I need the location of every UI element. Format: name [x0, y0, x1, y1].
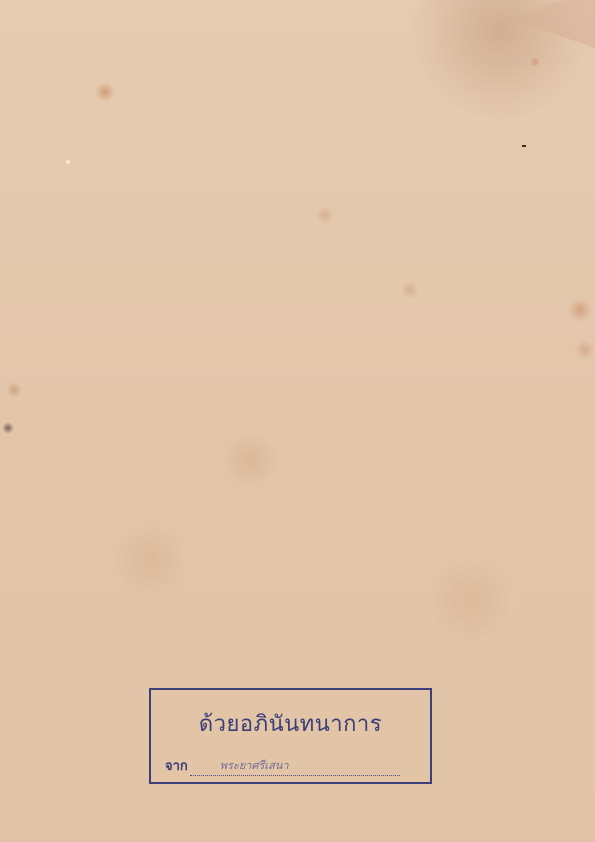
stamp-from-line: พระยาศรีเสนา [190, 757, 400, 776]
ink-mark [522, 145, 526, 147]
stamp-from-label: จาก [165, 755, 188, 776]
stamp-from-row: จาก พระยาศรีเสนา [165, 756, 400, 776]
scanned-page: ด้วยอภินันทนาการ จาก พระยาศรีเสนา [0, 0, 595, 842]
paper-speck [66, 160, 70, 164]
gift-stamp: ด้วยอภินันทนาการ จาก พระยาศรีเสนา [149, 688, 432, 784]
stamp-from-handwritten: พระยาศรีเสนา [220, 756, 289, 774]
stamp-title: ด้วยอภินันทนาการ [151, 706, 430, 741]
page-corner-crease [415, 0, 595, 50]
